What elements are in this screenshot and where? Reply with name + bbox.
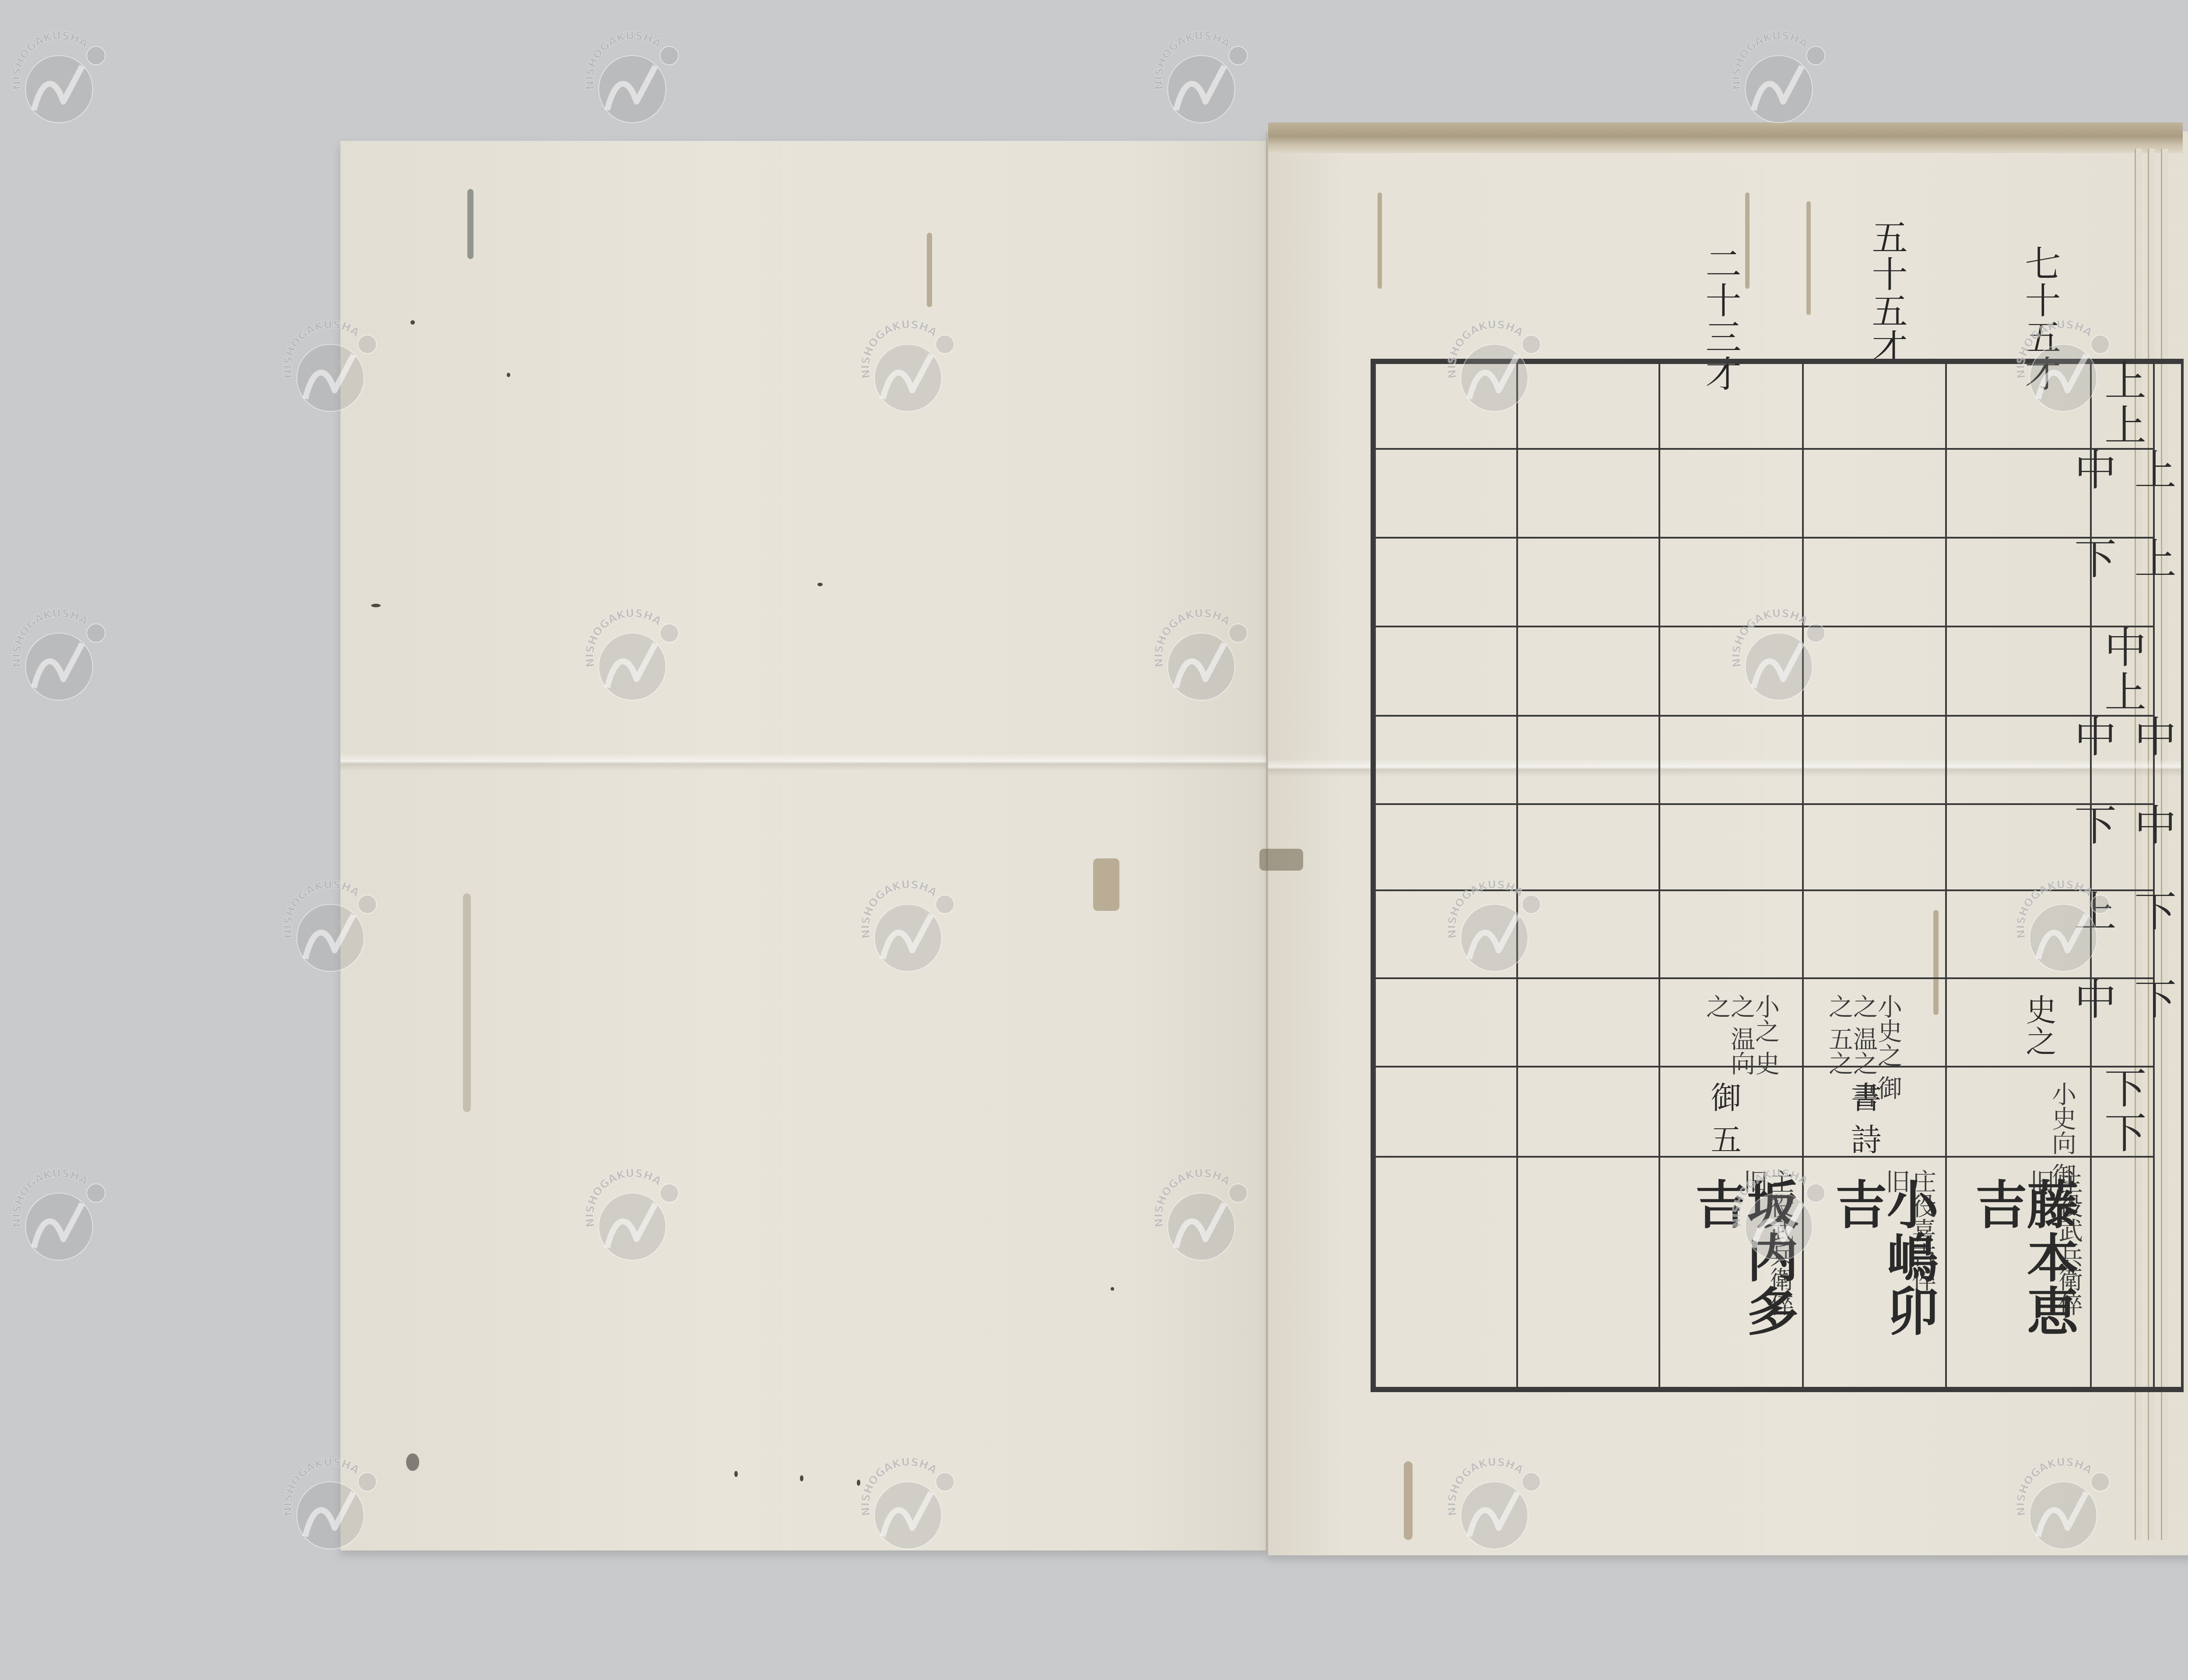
subject-note-col3-gechu: 小之 史之 温向之: [1704, 994, 1778, 1090]
svg-text:NISHOGAKUSHA: NISHOGAKUSHA: [10, 1167, 91, 1228]
subject-note-col1-gechu: 史之: [2023, 994, 2054, 1057]
wormhole-damage: [1745, 192, 1750, 289]
grade-label-jochu: 上中: [2092, 448, 2153, 537]
row-divider: [1376, 889, 2155, 891]
ink-spot: [410, 320, 415, 325]
ink-spot: [507, 373, 510, 377]
row-divider: [1376, 803, 2155, 805]
svg-text:NISHOGAKUSHA: NISHOGAKUSHA: [583, 29, 664, 91]
nishogakusha-logo-icon: NISHOGAKUSHA: [1729, 26, 1829, 127]
column-divider: [1516, 364, 1518, 1387]
browned-top-edge: [1268, 122, 2183, 153]
nishogakusha-logo-icon: NISHOGAKUSHA: [582, 26, 683, 127]
student-name-col3: 坂内多吉: [1691, 1178, 1794, 1387]
row-divider: [1376, 626, 2155, 627]
student-name-col1: 藤本恵吉: [1971, 1178, 2074, 1387]
wormhole-damage: [463, 893, 471, 1112]
row-divider: [1376, 448, 2155, 450]
wormhole-damage: [927, 233, 932, 307]
grade-label-chuchu: 中中: [2092, 715, 2153, 803]
student-name-col2: 小嶋卯吉: [1831, 1178, 1934, 1387]
ink-smudge: [406, 1453, 419, 1471]
wormhole-damage: [1378, 192, 1382, 289]
ink-spot: [857, 1480, 860, 1486]
ink-spot: [817, 583, 823, 586]
nishogakusha-logo-icon: NISHOGAKUSHA: [9, 1164, 109, 1264]
grade-label-gege: 下下: [2092, 1066, 2153, 1156]
ink-spot: [371, 604, 381, 607]
row-divider: [1376, 1156, 2155, 1158]
page-fold-crease: [340, 753, 1267, 771]
svg-text:NISHOGAKUSHA: NISHOGAKUSHA: [10, 29, 91, 91]
nishogakusha-logo-icon: NISHOGAKUSHA: [9, 26, 109, 127]
wormhole-damage: [1093, 858, 1119, 911]
grade-label-gechu: 下中: [2092, 977, 2153, 1066]
wormhole-damage: [1259, 849, 1303, 871]
nishogakusha-logo-icon: NISHOGAKUSHA: [9, 604, 109, 704]
wormhole-damage: [1404, 1461, 1413, 1540]
grade-label-joge: 上下: [2092, 537, 2153, 626]
grade-label-chujo: 中上: [2092, 626, 2153, 715]
row-divider: [1376, 715, 2155, 717]
svg-text:NISHOGAKUSHA: NISHOGAKUSHA: [1152, 29, 1233, 91]
ink-spot: [1111, 1287, 1114, 1291]
wormhole-damage: [1806, 201, 1811, 315]
svg-text:NISHOGAKUSHA: NISHOGAKUSHA: [1730, 29, 1811, 91]
column-divider: [1802, 364, 1804, 1387]
ink-spot: [800, 1475, 803, 1481]
subject-note-col3-gege: 御 五: [1708, 1081, 1739, 1155]
svg-text:NISHOGAKUSHA: NISHOGAKUSHA: [10, 607, 91, 668]
column-divider: [1945, 364, 1947, 1387]
wormhole-damage: [467, 189, 473, 259]
grade-label-gejo: 下上: [2092, 889, 2153, 977]
left-page: [340, 141, 1267, 1550]
nishogakusha-logo-icon: NISHOGAKUSHA: [1151, 26, 1252, 127]
ink-spot: [734, 1471, 738, 1477]
grade-label-jojo: 上上: [2092, 359, 2153, 448]
row-divider: [1376, 977, 2155, 979]
grade-table: 上上 上中 上下 中上 中中 中下 下上 下中 下下 史之 小史向 御 主役武兵…: [1371, 359, 2184, 1392]
row-divider: [1376, 537, 2155, 539]
subject-note-col2-gege: 書 詩: [1848, 1081, 1879, 1155]
grade-label-chuge: 中下: [2092, 803, 2153, 889]
age-annotation-2: 五十五才: [1869, 219, 1904, 366]
column-divider: [1659, 364, 1660, 1387]
